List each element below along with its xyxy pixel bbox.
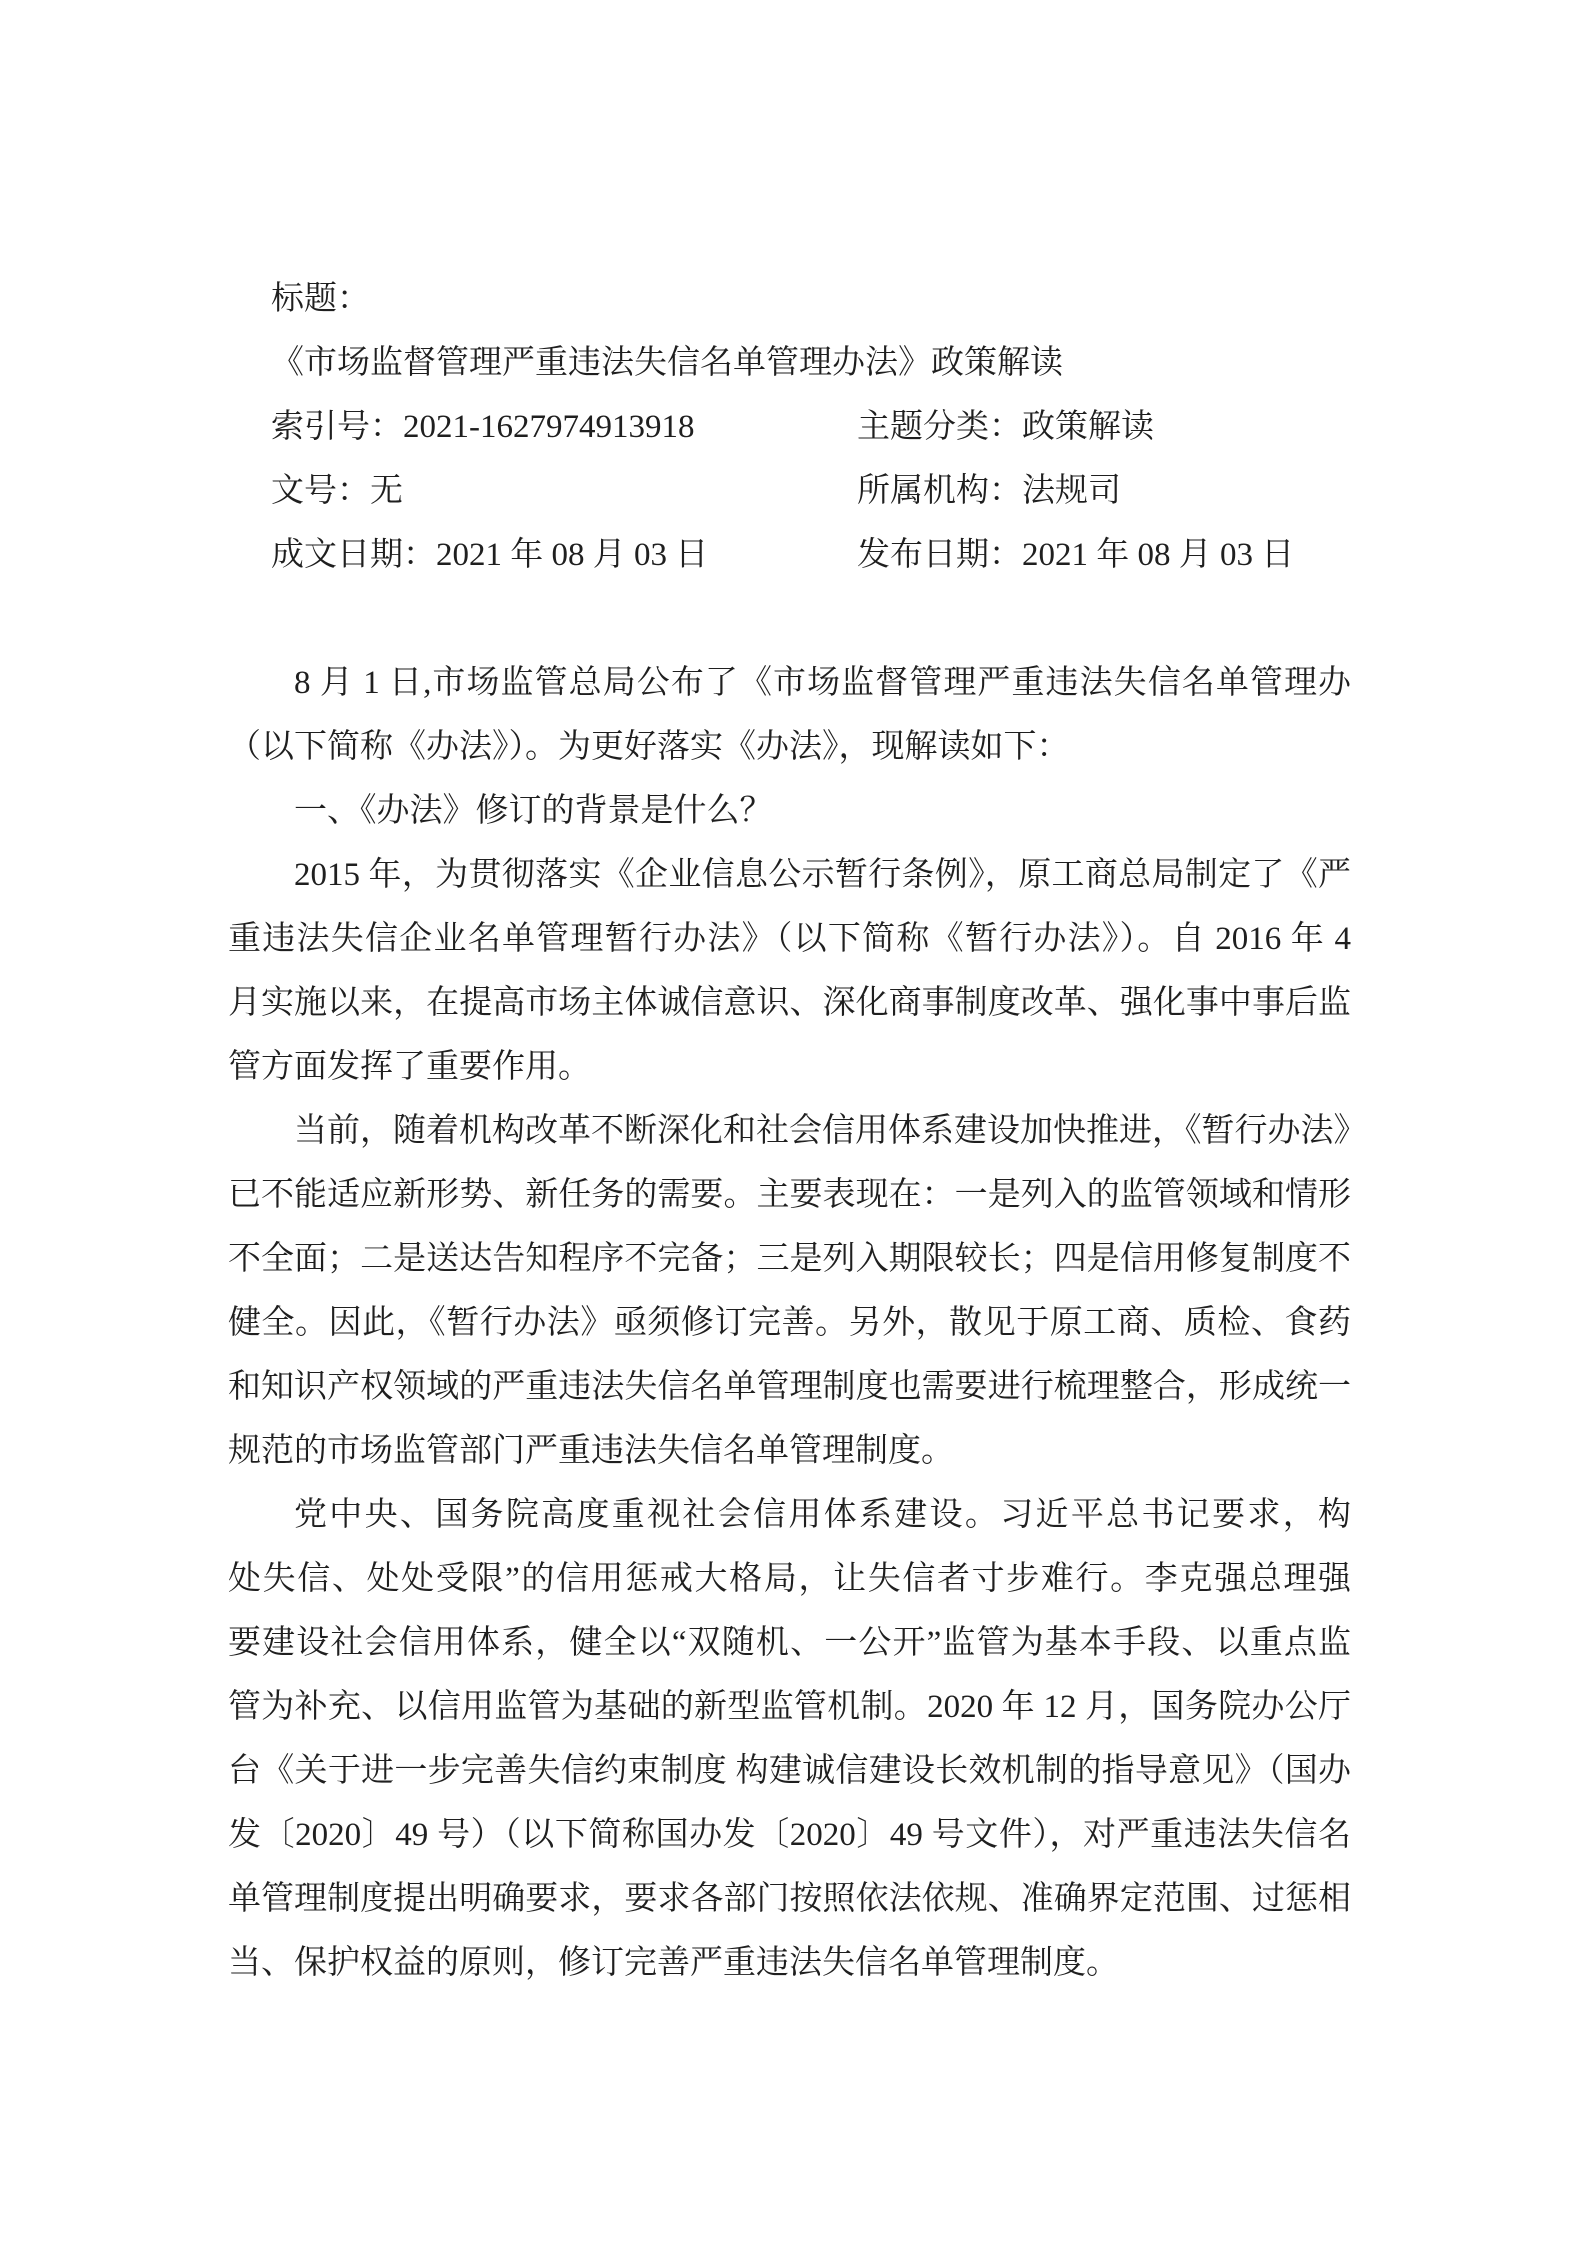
paragraph-3-line: 和知识产权领域的严重违法失信名单管理制度也需要进行梳理整合，形成统一 (228, 1355, 1351, 1419)
paragraph-4-line: 台《关于进一步完善失信约束制度 构建诚信建设长效机制的指导意见》（国办 (228, 1739, 1351, 1803)
document: 标题： 《市场监督管理严重违法失信名单管理办法》政策解读 索引号：2021-16… (228, 267, 1351, 1995)
paragraph-3-line: 规范的市场监管部门严重违法失信名单管理制度。 (228, 1419, 1351, 1483)
document-title: 《市场监督管理严重违法失信名单管理办法》政策解读 (228, 331, 1351, 395)
metadata-right-cell: 主题分类：政策解读 (857, 395, 1154, 459)
section-heading-1: 一、《办法》修订的背景是什么？ (228, 779, 1351, 843)
paragraph-2-line: 重违法失信企业名单管理暂行办法》（以下简称《暂行办法》）。自 2016 年 4 (228, 907, 1351, 971)
paragraph-2-line: 月实施以来，在提高市场主体诚信意识、深化商事制度改革、强化事中事后监 (228, 971, 1351, 1035)
metadata-label-topic-category: 主题分类： (857, 409, 1022, 445)
paragraph-4-line: 发〔2020〕49 号）（以下简称国办发〔2020〕49 号文件），对严重违法失… (228, 1803, 1351, 1867)
paragraph-2-line: 2015 年，为贯彻落实《企业信息公示暂行条例》，原工商总局制定了《严 (228, 843, 1351, 907)
metadata-value-doc-number: 无 (370, 473, 403, 509)
paragraph-4-line: 当、保护权益的原则，修订完善严重违法失信名单管理制度。 (228, 1931, 1351, 1995)
paragraph-4-line: 党中央、国务院高度重视社会信用体系建设。习近平总书记要求，构建“一 (228, 1483, 1351, 1547)
metadata-row: 文号：无 所属机构：法规司 (228, 459, 1351, 523)
document-body: 8 月 1 日,市场监管总局公布了《市场监督管理严重违法失信名单管理办法》 （以… (228, 651, 1351, 1995)
title-label: 标题： (228, 267, 1351, 331)
paragraph-3-line: 健全。因此，《暂行办法》亟须修订完善。另外，散见于原工商、质检、食药 (228, 1291, 1351, 1355)
metadata-value-index-number: 2021-1627974913918 (403, 409, 695, 445)
paragraph-1-line: 8 月 1 日,市场监管总局公布了《市场监督管理严重违法失信名单管理办法》 (228, 651, 1351, 715)
metadata-value-date-written: 2021 年 08 月 03 日 (436, 537, 708, 573)
metadata-value-topic-category: 政策解读 (1022, 409, 1154, 445)
paragraph-4-line: 管为补充、以信用监管为基础的新型监管机制。2020 年 12 月，国务院办公厅出 (228, 1675, 1351, 1739)
metadata-row: 成文日期：2021 年 08 月 03 日 发布日期：2021 年 08 月 0… (228, 523, 1351, 587)
metadata-right-cell: 发布日期：2021 年 08 月 03 日 (857, 523, 1294, 587)
metadata-value-date-published: 2021 年 08 月 03 日 (1022, 537, 1294, 573)
paragraph-3-line: 不全面；二是送达告知程序不完备；三是列入期限较长；四是信用修复制度不 (228, 1227, 1351, 1291)
document-header: 标题： 《市场监督管理严重违法失信名单管理办法》政策解读 索引号：2021-16… (228, 267, 1351, 587)
metadata-row: 索引号：2021-1627974913918 主题分类：政策解读 (228, 395, 1351, 459)
paragraph-3-line: 已不能适应新形势、新任务的需要。主要表现在：一是列入的监管领域和情形 (228, 1163, 1351, 1227)
paragraph-4-line: 单管理制度提出明确要求，要求各部门按照依法依规、准确界定范围、过惩相 (228, 1867, 1351, 1931)
metadata-label-index-number: 索引号： (271, 409, 403, 445)
paragraph-1-line: （以下简称《办法》）。为更好落实《办法》，现解读如下： (228, 715, 1351, 779)
paragraph-4-line: 处失信、处处受限”的信用惩戒大格局，让失信者寸步难行。李克强总理强调， (228, 1547, 1351, 1611)
metadata-label-issuing-body: 所属机构： (857, 473, 1022, 509)
paragraph-2-line: 管方面发挥了重要作用。 (228, 1035, 1351, 1099)
paragraph-4-line: 要建设社会信用体系，健全以“双随机、一公开”监管为基本手段、以重点监 (228, 1611, 1351, 1675)
metadata-value-issuing-body: 法规司 (1022, 473, 1121, 509)
paragraph-3-line: 当前，随着机构改革不断深化和社会信用体系建设加快推进，《暂行办法》 (228, 1099, 1351, 1163)
metadata-label-date-written: 成文日期： (271, 537, 436, 573)
metadata-right-cell: 所属机构：法规司 (857, 459, 1121, 523)
page: { "document": { "title_label": "标题：", "t… (0, 0, 1587, 2245)
metadata-label-date-published: 发布日期： (857, 537, 1022, 573)
metadata-label-doc-number: 文号： (271, 473, 370, 509)
